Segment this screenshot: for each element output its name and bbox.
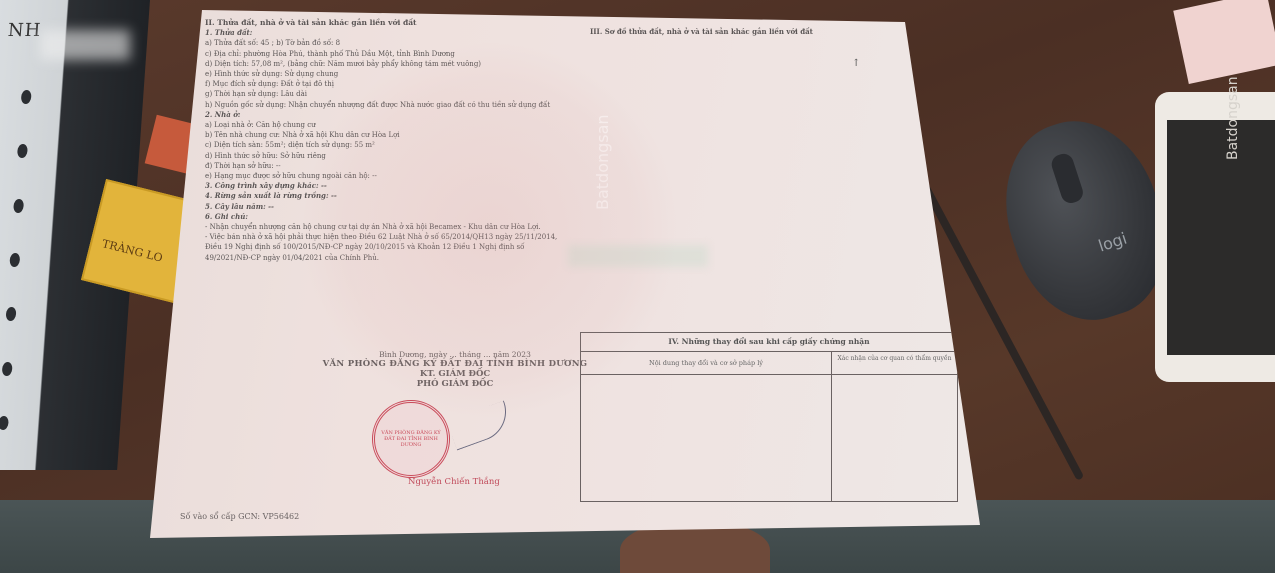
note-line: - Việc bán nhà ở xã hội phải thực hiện t…: [205, 232, 565, 263]
column-header: Xác nhận của cơ quan có thẩm quyền: [832, 352, 957, 374]
land-line: f) Mục đích sử dụng: Đất ở tại đô thị: [205, 79, 565, 89]
phone-screen: Batdongsan: [1167, 120, 1275, 355]
empty-cell: [581, 375, 832, 501]
house-line: b) Tên nhà chung cư: Nhà ở xã hội Khu dâ…: [205, 130, 565, 140]
kt-title: KT. GIÁM ĐỐC: [310, 369, 600, 379]
land-line: h) Nguồn gốc sử dụng: Nhận chuyển nhượng…: [205, 100, 565, 110]
phone-watermark: Batdongsan: [1225, 76, 1241, 160]
note-line: - Nhận chuyển nhượng căn hộ chung cư tại…: [205, 222, 565, 232]
other-section: 3. Công trình xây dựng khác: --: [205, 181, 565, 191]
blurred-region: [568, 245, 708, 267]
north-arrow-icon: ↑: [852, 58, 860, 69]
land-heading: 1. Thửa đất:: [205, 28, 565, 38]
blurred-region: [40, 30, 130, 60]
yellow-box-label: TRÀNG LO: [101, 237, 164, 265]
signer-title: PHÓ GIÁM ĐỐC: [310, 379, 600, 389]
land-line: e) Hình thức sử dụng: Sử dụng chung: [205, 69, 565, 79]
certificate-left-page: II. Thửa đất, nhà ở và tài sản khác gắn …: [205, 18, 565, 263]
document-watermark: Batdongsan: [593, 114, 612, 210]
house-line: d) Hình thức sở hữu: Sở hữu riêng: [205, 151, 565, 161]
changes-table-body: [581, 375, 957, 501]
land-line: a) Thửa đất số: 45 ; b) Tờ bản đồ số: 8: [205, 38, 565, 48]
changes-table-title: IV. Những thay đổi sau khi cấp giấy chứn…: [581, 333, 957, 352]
binder-label: NH: [7, 20, 42, 41]
signer-name: Nguyễn Chiến Thắng: [408, 477, 500, 487]
column-header: Nội dung thay đổi và cơ sở pháp lý: [581, 352, 832, 374]
house-line: a) Loại nhà ở: Căn hộ chung cư: [205, 120, 565, 130]
signing-block: Bình Dương, ngày ... tháng ... năm 2023 …: [310, 350, 600, 389]
land-line: g) Thời hạn sử dụng: Lâu dài: [205, 89, 565, 99]
land-line: d) Diện tích: 57,08 m², (bằng chữ: Năm m…: [205, 59, 565, 69]
other-section: 5. Cây lâu năm: --: [205, 202, 565, 212]
house-line: e) Hạng mục được sở hữu chung ngoài căn …: [205, 171, 565, 181]
section-ii-title: II. Thửa đất, nhà ở và tài sản khác gắn …: [205, 18, 565, 28]
changes-table: IV. Những thay đổi sau khi cấp giấy chứn…: [580, 332, 958, 502]
official-stamp: VĂN PHÒNG ĐĂNG KÝ ĐẤT ĐAI TỈNH BÌNH DƯƠN…: [372, 400, 450, 478]
mouse-logo: logi: [1096, 229, 1129, 256]
binder-holes: [0, 90, 34, 430]
section-iii-title: III. Sơ đồ thửa đất, nhà ở và tài sản kh…: [590, 27, 813, 36]
scroll-wheel: [1049, 151, 1085, 205]
land-certificate: II. Thửa đất, nhà ở và tài sản khác gắn …: [150, 10, 980, 538]
house-heading: 2. Nhà ở:: [205, 110, 565, 120]
signing-date: Bình Dương, ngày ... tháng ... năm 2023: [310, 350, 600, 359]
smartphone: Batdongsan: [1155, 92, 1275, 382]
changes-table-header: Nội dung thay đổi và cơ sở pháp lý Xác n…: [581, 352, 957, 375]
land-line: c) Địa chỉ: phường Hòa Phú, thành phố Th…: [205, 49, 565, 59]
other-section: 4. Rừng sản xuất là rừng trồng: --: [205, 191, 565, 201]
signature: [447, 401, 515, 451]
other-section: 6. Ghi chú:: [205, 212, 565, 222]
house-line: đ) Thời hạn sở hữu: --: [205, 161, 565, 171]
house-line: c) Diện tích sàn: 55m²; diện tích sử dụn…: [205, 140, 565, 150]
certificate-serial: Số vào sổ cấp GCN: VP56462: [180, 512, 299, 521]
issuing-office: VĂN PHÒNG ĐĂNG KÝ ĐẤT ĐAI TỈNH BÌNH DƯƠN…: [310, 359, 600, 369]
